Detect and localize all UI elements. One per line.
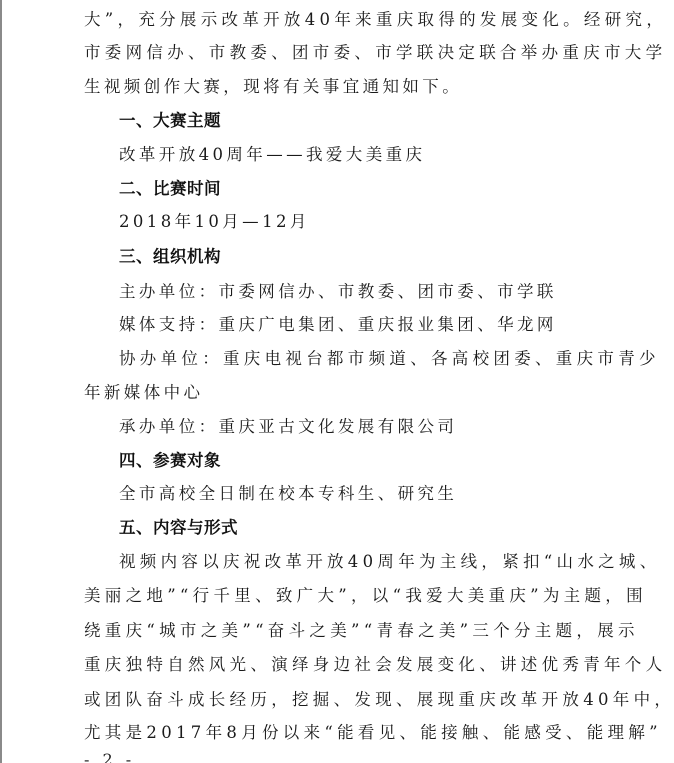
section-theme-text: 改革开放40周年——我爱大美重庆 [119, 145, 639, 165]
page-edge-border [0, 0, 2, 763]
section-time-text: 2018年10月—12月 [119, 212, 639, 232]
intro-paragraph-line-2: 市委网信办、市教委、团市委、市学联决定联合举办重庆市大学 [84, 43, 604, 63]
content-paragraph-line-6: 尤其是2017年8月份以来“能看见、能接触、能感受、能理解” [84, 723, 604, 743]
intro-paragraph-line-3: 生视频创作大赛，现将有关事宜通知如下。 [84, 77, 604, 97]
undertaker-line: 承办单位：重庆亚古文化发展有限公司 [119, 417, 639, 437]
intro-paragraph-line-1: 大”，充分展示改革开放40年来重庆取得的发展变化。经研究， [84, 10, 604, 30]
section-heading-time: 二、比赛时间 [119, 179, 639, 199]
section-heading-participants: 四、参赛对象 [119, 451, 639, 471]
media-support-line: 媒体支持：重庆广电集团、重庆报业集团、华龙网 [119, 315, 639, 335]
co-organizer-line-continued: 年新媒体中心 [84, 383, 604, 403]
content-paragraph-line-3: 绕重庆“城市之美”“奋斗之美”“青春之美”三个分主题，展示 [84, 621, 604, 641]
section-heading-organization: 三、组织机构 [119, 247, 639, 267]
section-participants-text: 全市高校全日制在校本专科生、研究生 [119, 484, 639, 504]
content-paragraph-line-5: 或团队奋斗成长经历，挖掘、发现、展现重庆改革开放40年中， [84, 690, 604, 710]
section-heading-content-form: 五、内容与形式 [119, 518, 639, 538]
content-paragraph-line-2: 美丽之地”“行千里、致广大”，以“我爱大美重庆”为主题，围 [84, 586, 604, 606]
page-number: - 2 - [84, 750, 135, 763]
organizer-line: 主办单位：市委网信办、市教委、团市委、市学联 [119, 282, 639, 302]
content-paragraph-line-4: 重庆独特自然风光、演绎身边社会发展变化、讲述优秀青年个人 [84, 655, 604, 675]
co-organizer-line: 协办单位：重庆电视台都市频道、各高校团委、重庆市青少 [119, 349, 639, 369]
section-heading-theme: 一、大赛主题 [119, 111, 639, 131]
content-paragraph-line-1: 视频内容以庆祝改革开放40周年为主线，紧扣“山水之城、 [119, 552, 639, 572]
